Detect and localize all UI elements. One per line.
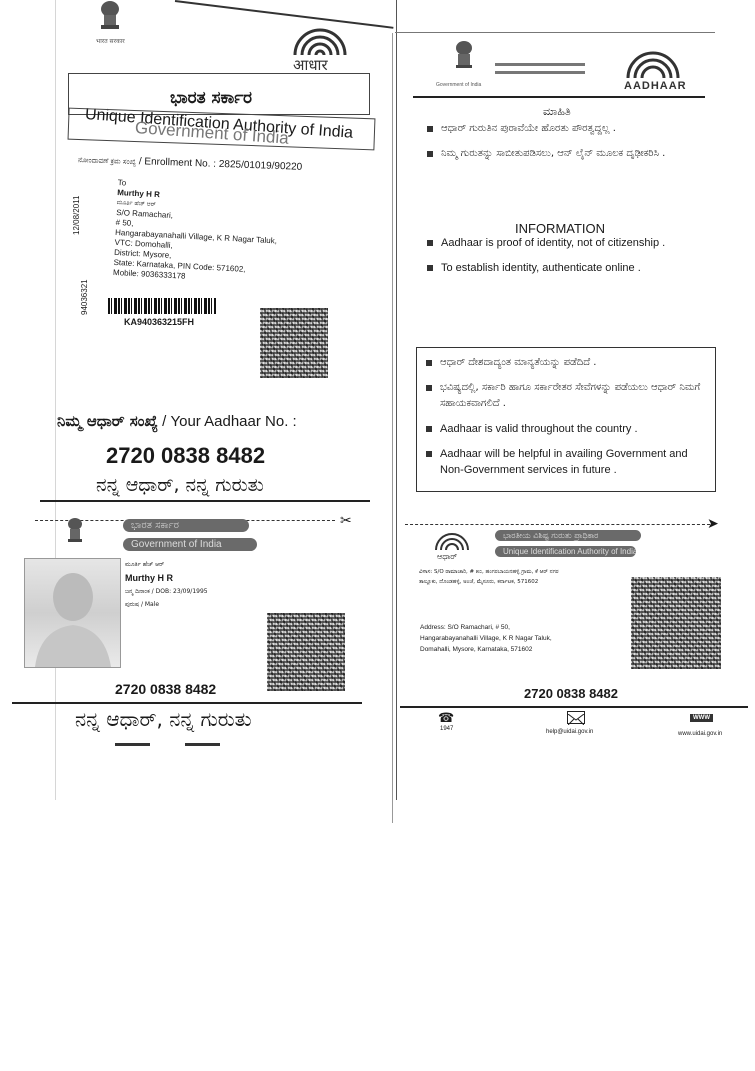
header-kannada: ಭಾರತ ಸರ್ಕಾರ — [170, 88, 252, 108]
card-government: Government of India — [123, 538, 257, 551]
validity-list: ಆಧಾರ್ ದೇಶದಾದ್ಯಂತ ಮಾನ್ಯತೆಯನ್ನು ಪಡೆದಿದೆ . … — [424, 355, 714, 487]
address-line: Domahalli, Mysore, Karnataka, 571602 — [420, 644, 552, 655]
info-item: Aadhaar is proof of identity, not of cit… — [425, 235, 735, 251]
barcode-text: KA940363215FH — [124, 317, 194, 327]
underline-mark — [115, 743, 150, 746]
photo — [24, 558, 121, 668]
divider — [12, 702, 362, 704]
validity-item: ಆಧಾರ್ ದೇಶದಾದ್ಯಂತ ಮಾನ್ಯತೆಯನ್ನು ಪಡೆದಿದೆ . — [424, 355, 714, 371]
info-title: INFORMATION — [515, 221, 605, 236]
card-name-kannada: ಮೂರ್ತಿ ಹೆಚ್ ಆರ್ — [125, 561, 164, 569]
barcode — [108, 298, 216, 314]
card-header-kannada: ಭಾರತೀಯ ವಿಶಿಷ್ಟ ಗುರುತು ಪ್ರಾಧಿಕಾರ — [495, 530, 641, 541]
card-aadhaar-number: 2720 0838 8482 — [115, 681, 216, 697]
phone-number: 1947 — [440, 726, 453, 732]
national-emblem-icon — [452, 40, 476, 74]
underline-mark — [185, 743, 220, 746]
qr-code — [267, 613, 345, 691]
enrollment-label-kannada: ನೋಂದಾವಣೆ ಕ್ರಮ ಸಂಖ್ಯೆ — [78, 156, 136, 166]
redacted-band — [495, 63, 585, 66]
national-emblem-icon — [65, 517, 85, 547]
divider — [400, 706, 748, 708]
national-emblem-icon — [95, 0, 125, 34]
slogan-kannada: ನನ್ನ ಆಧಾರ್, ನನ್ನ ಗುರುತು — [96, 474, 264, 496]
card-uidai: Unique Identification Authority of India — [495, 546, 636, 557]
sheet-edge — [392, 33, 393, 823]
aadhaar-logo-text: AADHAAR — [624, 80, 687, 92]
cut-line — [405, 524, 710, 525]
info-item: To establish identity, authenticate onli… — [425, 260, 735, 276]
emblem-caption: भारत सरकार — [96, 37, 125, 45]
emblem-caption: Government of India — [436, 82, 481, 88]
divider — [40, 500, 370, 502]
mail-icon — [567, 711, 585, 724]
divider — [413, 96, 705, 98]
qr-code — [260, 308, 328, 378]
card-address-kannada: ವಿಳಾಸ: S/O ರಾಮಾಚಾರಿ, # ೫೦, ಹಂಗರಬಾಯನಹಳ್ಳಿ… — [419, 567, 559, 587]
website[interactable]: www.uidai.gov.in — [678, 731, 722, 737]
card-dob: ಜನ್ಮ ದಿನಾಂಕ / DOB: 23/09/1995 — [125, 588, 208, 596]
card-slogan-kannada: ನನ್ನ ಆಧಾರ್, ನನ್ನ ಗುರುತು — [75, 707, 252, 731]
validity-item: Aadhaar will be helpful in availing Gove… — [424, 446, 714, 478]
info-list: Aadhaar is proof of identity, not of cit… — [425, 235, 735, 285]
info-list-kannada: ಆಧಾರ್ ಗುರುತಿನ ಪುರಾವೆಯೇ ಹೊರತು ಪೌರತ್ವದ್ದಲ್… — [425, 121, 715, 171]
card-aadhaar-number: 2720 0838 8482 — [524, 686, 618, 701]
fold-line — [395, 32, 715, 33]
email[interactable]: help@uidai.gov.in — [546, 729, 593, 735]
address-kannada-line: ತಾಲ್ಲೂಕು, ದೊಂಡಹಳ್ಳಿ, ಅಂಚೆ, ಮೈಸೂರು, ಕರ್ನಾ… — [419, 577, 559, 587]
aadhaar-number: 2720 0838 8482 — [106, 443, 265, 469]
address-line: Hangarabayanahalli Village, K R Nagar Ta… — [420, 633, 552, 644]
your-aadhaar-kannada: ನಿಮ್ಮ ಆಧಾರ್ ಸಂಖ್ಯೆ — [57, 412, 158, 430]
address-line: Address: S/O Ramachari, # 50, — [420, 622, 552, 633]
aadhaar-logo-text: आधार — [293, 55, 328, 75]
validity-item: Aadhaar is valid throughout the country … — [424, 421, 714, 437]
redacted-band — [495, 71, 585, 74]
www-icon: WWW — [690, 714, 713, 722]
info-kannada-item: ನಿಮ್ಮ ಗುರುತನ್ನು ಸಾಬೀತುಪಡಿಸಲು, ಆನ್ ಲೈನ್ ಮ… — [425, 146, 715, 162]
qr-code — [631, 577, 721, 669]
card-header-kannada: ಭಾರತ ಸರ್ಕಾರ — [123, 519, 249, 532]
your-aadhaar-label-line: ನಿಮ್ಮ ಆಧಾರ್ ಸಂಖ್ಯೆ / Your Aadhaar No. : — [57, 412, 297, 430]
arrow-icon: ➤ — [707, 515, 719, 532]
info-kannada-item: ಆಧಾರ್ ಗುರುತಿನ ಪುರಾವೆಯೇ ಹೊರತು ಪೌರತ್ವದ್ದಲ್… — [425, 121, 715, 137]
card-gender: ಪುರುಷ / Male — [125, 601, 159, 609]
card-name: Murthy H R — [125, 573, 173, 583]
scissors-icon: ✂ — [340, 512, 352, 529]
side-date: 12/08/2011 — [72, 196, 81, 235]
validity-item: ಭವಿಷ್ಯದಲ್ಲಿ, ಸರ್ಕಾರಿ ಹಾಗೂ ಸರ್ಕಾರೇತರ ಸೇವೆ… — [424, 380, 714, 412]
your-aadhaar-label: / Your Aadhaar No. : — [162, 413, 297, 430]
card-address: Address: S/O Ramachari, # 50, Hangarabay… — [420, 622, 552, 655]
address-kannada-line: ವಿಳಾಸ: S/O ರಾಮಾಚಾರಿ, # ೫೦, ಹಂಗರಬಾಯನಹಳ್ಳಿ… — [419, 567, 559, 577]
card-logo-text: ಆಧಾರ್ — [437, 552, 457, 562]
side-number: 94036321 — [80, 279, 89, 315]
phone-icon: ☎ — [438, 710, 454, 726]
info-title-kannada: ಮಾಹಿತಿ — [543, 105, 571, 119]
recipient-address: To Murthy H R ಮೂರ್ತಿ ಹೆಚ್ ಆರ್ S/O Ramach… — [113, 178, 280, 286]
